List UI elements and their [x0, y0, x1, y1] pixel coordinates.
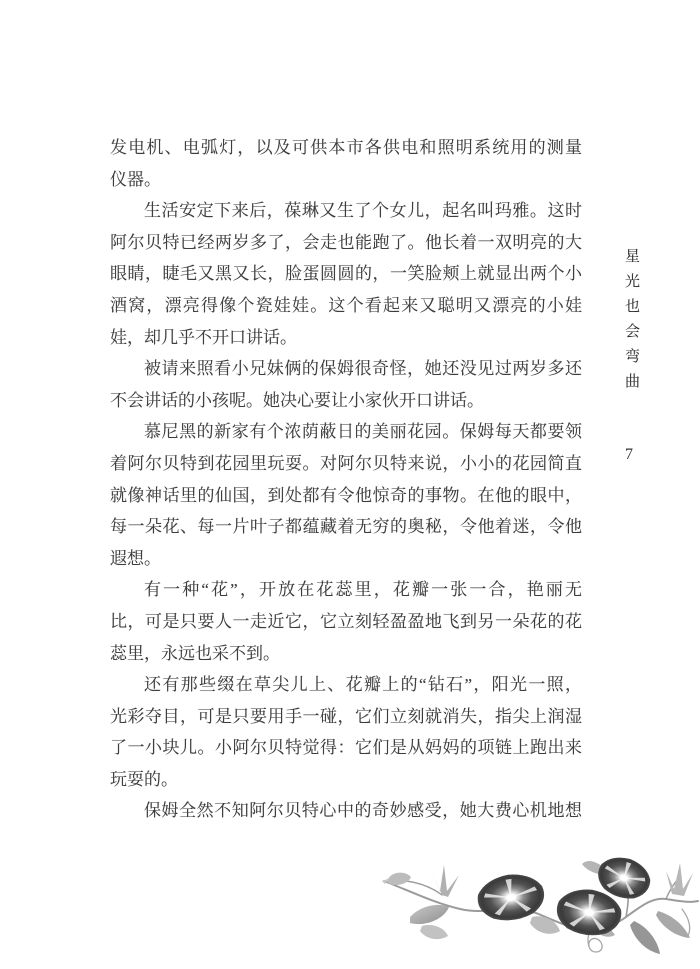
text-line: 眼睛，睫毛又黑又长，脸蛋圆圆的，一笑脸颊上就显出两个小	[110, 258, 582, 290]
text-line: 有一种“花”，开放在花蕊里，花瓣一张一合，艳丽无	[110, 574, 582, 606]
text-line: 了一小块儿。小阿尔贝特觉得：它们是从妈妈的项链上跑出来	[110, 732, 582, 764]
text-line: 光彩夺目，可是只要用手一碰，它们立刻就消失，指尖上润湿	[110, 701, 582, 733]
text-line: 着阿尔贝特到花园里玩耍。对阿尔贝特来说，小小的花园简直	[110, 448, 582, 480]
page-number: 7	[625, 446, 633, 464]
text-line: 玩耍的。	[110, 764, 582, 796]
text-line: 每一朵花、每一片叶子都蕴藏着无穷的奥秘，令他着迷，令他	[110, 511, 582, 543]
morning-glory-illustration	[382, 851, 700, 966]
vine-leaf	[410, 863, 693, 954]
text-line: 蕊里，永远也采不到。	[110, 638, 582, 670]
text-line: 遐想。	[110, 543, 582, 575]
text-line: 娃，却几乎不开口讲话。	[110, 322, 582, 354]
text-line: 保姆全然不知阿尔贝特心中的奇妙感受，她大费心机地想	[110, 795, 582, 827]
text-line: 仪器。	[110, 164, 582, 196]
text-line: 阿尔贝特已经两岁多了，会走也能跑了。他长着一双明亮的大	[110, 227, 582, 259]
text-line: 慕尼黑的新家有个浓荫蔽日的美丽花园。保姆每天都要领	[110, 416, 582, 448]
text-line: 就像神话里的仙国，到处都有令他惊奇的事物。在他的眼中，	[110, 480, 582, 512]
body-text: 发电机、电弧灯，以及可供本市各供电和照明系统用的测量 仪器。 生活安定下来后，葆…	[110, 132, 582, 827]
text-line: 发电机、电弧灯，以及可供本市各供电和照明系统用的测量	[110, 132, 582, 164]
text-line: 生活安定下来后，葆琳又生了个女儿，起名叫玛雅。这时	[110, 195, 582, 227]
text-line: 被请来照看小兄妹俩的保姆很奇怪，她还没见过两岁多还	[110, 353, 582, 385]
text-line: 不会讲话的小孩呢。她决心要让小家伙开口讲话。	[110, 385, 582, 417]
flower-bud	[382, 873, 411, 885]
margin-book-title: 星光也会弯曲	[621, 248, 642, 398]
book-page: 发电机、电弧灯，以及可供本市各供电和照明系统用的测量 仪器。 生活安定下来后，葆…	[0, 0, 700, 969]
text-line: 比，可是只要人一走近它，它立刻轻盈盈地飞到另一朵花的花	[110, 606, 582, 638]
text-line: 还有那些缀在草尖儿上、花瓣上的“钻石”，阳光一照，	[110, 669, 582, 701]
text-line: 酒窝，漂亮得像个瓷娃娃。这个看起来又聪明又漂亮的小娃	[110, 290, 582, 322]
